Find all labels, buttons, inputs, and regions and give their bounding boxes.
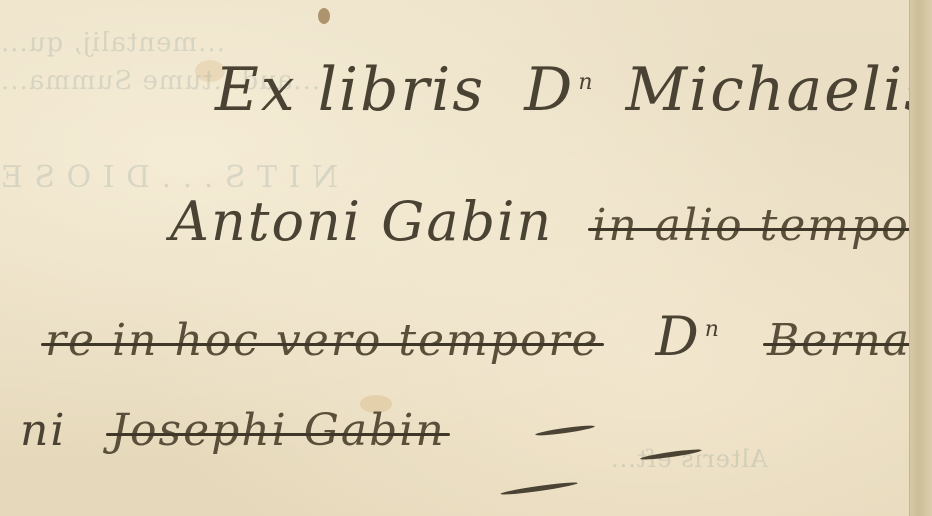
dominus-abbrev: Dn (524, 55, 594, 125)
manuscript-page: ...mentalij, qu... ...aud...tume Summa..… (0, 0, 932, 516)
bleed-through-line: ...mentalij, qu... (0, 28, 225, 58)
ex-libris-text: Ex libris (215, 55, 485, 125)
struck-text: Bernard (767, 315, 932, 366)
inscription-line-4: ni Josephi Gabin (20, 405, 446, 456)
inscription-line-2: Antoni Gabin in alio tempo (170, 190, 910, 253)
dominus-abbrev: Dn (656, 305, 721, 368)
inscription-line-3: re in hoc vero tempore Dn Bernard (45, 305, 932, 368)
ink-blot (318, 8, 330, 24)
book-gutter (909, 0, 932, 516)
name-antoni-gabin: Antoni Gabin (170, 190, 553, 253)
text-ni: ni (20, 405, 66, 456)
pen-flourish (500, 481, 578, 497)
name-michaelis: Michaelis (626, 55, 932, 125)
struck-text: re in hoc vero tempore (45, 315, 600, 366)
struck-text: Josephi Gabin (110, 405, 445, 456)
inscription-line-1: Ex libris Dn Michaelis (215, 55, 932, 125)
pen-flourish (535, 424, 595, 437)
struck-text: in alio tempo (592, 200, 909, 251)
